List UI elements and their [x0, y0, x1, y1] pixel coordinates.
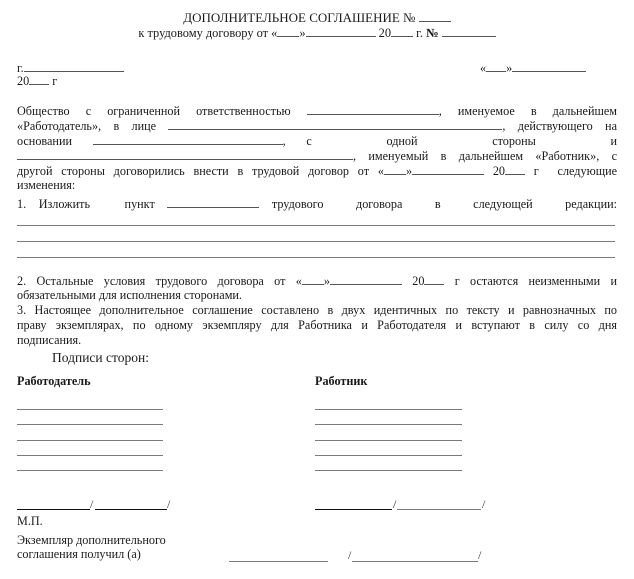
clause2-year-field[interactable]: [424, 273, 444, 285]
city-field[interactable]: [24, 60, 124, 72]
preamble-line-5: другой стороны договорились внести в тру…: [17, 163, 617, 179]
clause2-month-field[interactable]: [330, 273, 402, 285]
clause2-day-field[interactable]: [302, 273, 324, 285]
employee-detail-line-3[interactable]: [315, 440, 462, 441]
employee-detail-line-1[interactable]: [315, 409, 462, 410]
contract-day-field[interactable]: [277, 25, 299, 37]
representative-field[interactable]: [168, 118, 502, 130]
employee-signature-line[interactable]: [315, 509, 392, 510]
employer-detail-line-3[interactable]: [17, 440, 163, 441]
received-slash-2: /: [478, 549, 481, 561]
employer-detail-line-1[interactable]: [17, 409, 163, 410]
preamble-line-3: основании , с одной стороны и: [17, 133, 617, 149]
date-day-field[interactable]: [486, 60, 506, 72]
document-title: ДОПОЛНИТЕЛЬНОЕ СОГЛАШЕНИЕ №: [0, 10, 634, 25]
year-field[interactable]: [29, 73, 49, 85]
employer-detail-line-2[interactable]: [17, 424, 163, 425]
employee-signature-slash-2: /: [482, 498, 485, 510]
new-wording-line-1[interactable]: [17, 225, 615, 226]
employee-detail-line-4[interactable]: [315, 455, 462, 456]
received-slash-1: /: [348, 549, 351, 561]
employer-label: Работодатель: [17, 374, 91, 388]
employer-signature-slash-2: /: [167, 498, 170, 510]
amend-month-field[interactable]: [412, 163, 484, 175]
year-line: 20 г: [17, 73, 57, 88]
amend-day-field[interactable]: [384, 163, 406, 175]
employer-signature-line[interactable]: [17, 509, 90, 510]
new-wording-line-3[interactable]: [17, 257, 615, 258]
employer-detail-line-5[interactable]: [17, 470, 163, 471]
new-wording-line-2[interactable]: [17, 241, 615, 242]
agreement-number-field[interactable]: [419, 10, 451, 22]
employee-detail-line-2[interactable]: [315, 424, 462, 425]
employee-detail-line-5[interactable]: [315, 470, 462, 471]
preamble-line-1: Общество с ограниченной ответственностью…: [17, 103, 617, 119]
preamble-line-2: «Работодатель», в лице , действующего на: [17, 118, 617, 134]
received-label-line-2: соглашения получил (а): [17, 547, 141, 561]
basis-field[interactable]: [93, 133, 283, 145]
date-month-field[interactable]: [512, 60, 586, 72]
contract-year-field[interactable]: [391, 25, 413, 37]
employee-name-line[interactable]: [397, 509, 481, 510]
date-line: «»: [480, 60, 586, 75]
clause-1: 1. Изложить пункт трудового договора в с…: [17, 196, 617, 212]
stamp-label: М.П.: [17, 514, 43, 528]
received-label-line-1: Экземпляр дополнительного: [17, 533, 166, 547]
company-name-field[interactable]: [307, 103, 439, 115]
employer-signature-slash-1: /: [90, 498, 93, 510]
amend-year-field[interactable]: [505, 163, 525, 175]
contract-month-field[interactable]: [306, 25, 376, 37]
clause-3-line-2: праву экземплярах, по одному экземпляру …: [17, 318, 617, 333]
employer-name-line[interactable]: [95, 509, 167, 510]
preamble-line-4: , именуемый в дальнейшем «Работник», с: [17, 148, 617, 164]
preamble-line-6: изменения:: [17, 178, 617, 193]
contract-number-field[interactable]: [442, 25, 496, 37]
clause-item-field[interactable]: [167, 196, 259, 208]
received-name-line[interactable]: [352, 561, 478, 562]
employee-label: Работник: [315, 374, 367, 388]
signatures-heading: Подписи сторон:: [52, 350, 149, 366]
document-subtitle: к трудовому договору от «» 20 г. №: [0, 25, 634, 40]
employee-name-field[interactable]: [17, 148, 353, 160]
employer-detail-line-4[interactable]: [17, 455, 163, 456]
received-signature-line[interactable]: [229, 561, 328, 562]
clause-2-line-2: обязательными для исполнения сторонами.: [17, 288, 617, 303]
clause-3-line-3: подписания.: [17, 333, 617, 348]
employee-signature-slash-1: /: [393, 498, 396, 510]
clause-2-line-1: 2. Остальные условия трудового договора …: [17, 273, 617, 289]
clause-3-line-1: 3. Настоящее дополнительное соглашение с…: [17, 303, 617, 318]
